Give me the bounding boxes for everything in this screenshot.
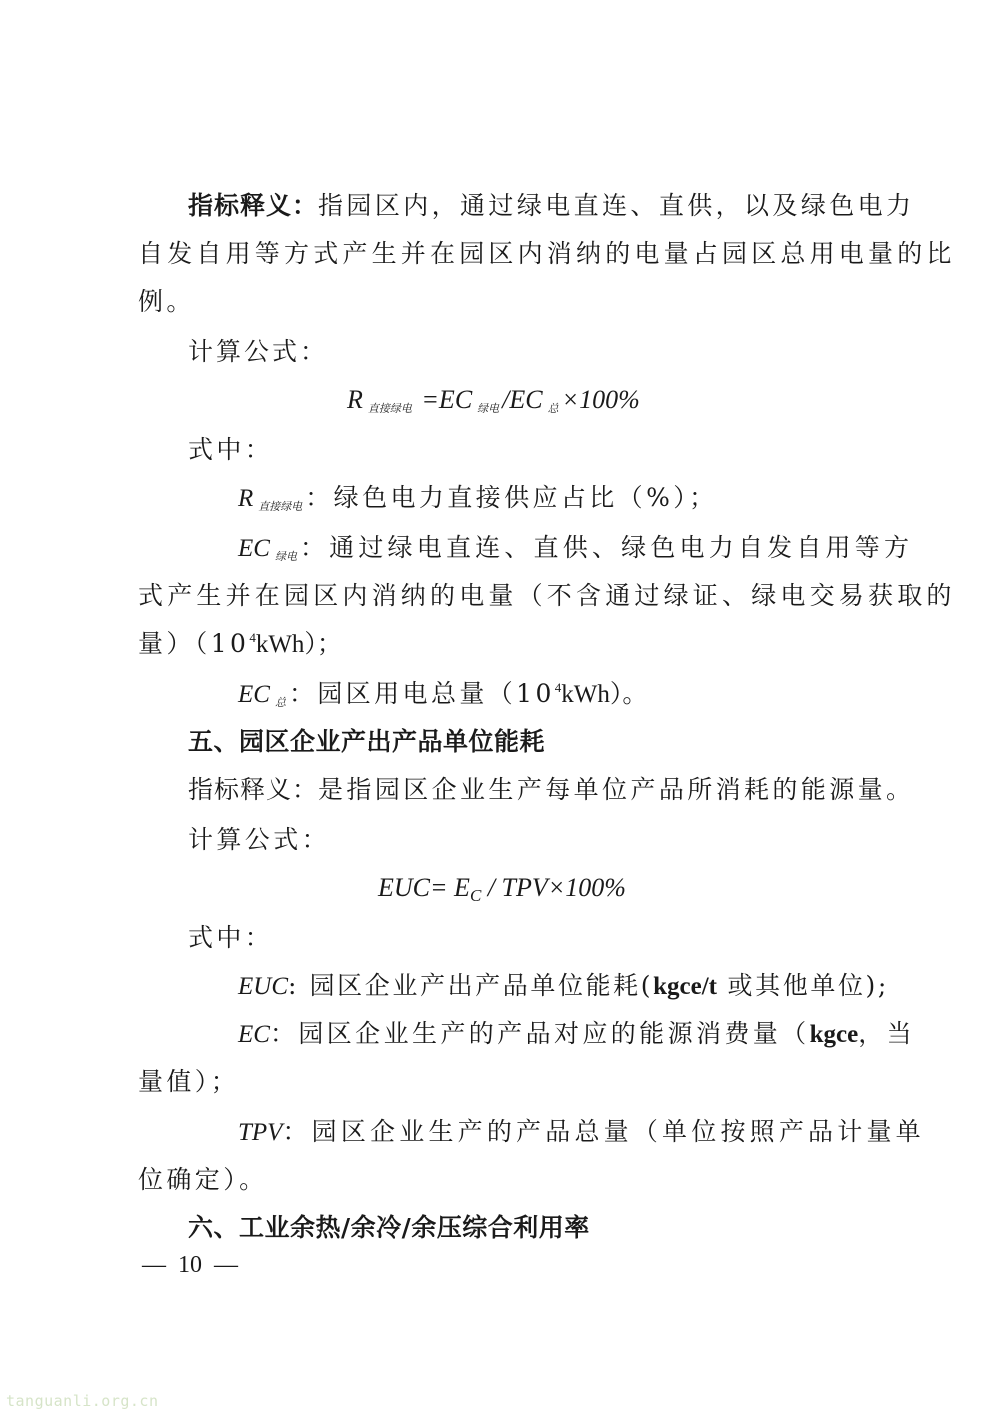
variable-ec-continuation: 量值）；	[138, 1066, 239, 1098]
formula-label: 计算公式：	[188, 336, 328, 368]
definition-line-2: 自发自用等方式产生并在园区内消纳的电量占园区总用电量的比	[138, 238, 956, 270]
formula-part: =EC	[415, 385, 472, 414]
definition-label: 指标释义：	[188, 775, 318, 804]
definition-text: 是指园区企业生产每单位产品所消耗的能源量。	[318, 775, 914, 804]
watermark: tanguanli.org.cn	[6, 1392, 159, 1410]
variable-text: ：绿色电力直接供应占比（%）；	[305, 483, 717, 512]
definition-line-1: 指标释义：指园区内，通过绿电直连、直供，以及绿色电力	[188, 190, 914, 222]
variable-symbol: EC	[238, 535, 270, 562]
variable-subscript: C	[253, 1021, 270, 1048]
section-5-formula-label: 计算公式：	[188, 824, 330, 856]
variable-text: 或其他单位);	[717, 971, 889, 1000]
variable-text: ：园区用电总量（10	[289, 679, 555, 708]
variable-ec-definition: EC：园区企业生产的产品对应的能源消费量（kgce，当	[238, 1018, 915, 1051]
unit-text: kgce	[810, 1021, 859, 1048]
euc-formula: EUC= EC / TPV×100%	[378, 872, 626, 912]
unit-text: 量）（10	[138, 629, 249, 658]
where-label: 式中：	[188, 434, 273, 466]
definition-label: 指标释义：	[188, 191, 318, 220]
section-6-heading: 六、工业余热/余冷/余压综合利用率	[188, 1212, 590, 1244]
variable-r-definition: R直接绿电：绿色电力直接供应占比（%）；	[238, 482, 718, 523]
variable-symbol: EUC	[238, 973, 288, 1000]
section-5-definition: 指标释义：是指园区企业生产每单位产品所消耗的能源量。	[188, 774, 914, 806]
formula-part: /EC	[502, 385, 542, 414]
section-5-where-label: 式中：	[188, 922, 273, 954]
definition-line-3: 例。	[138, 286, 195, 318]
variable-tpv-definition: TPV：园区企业生产的产品总量（单位按照产品计量单	[238, 1116, 925, 1149]
variable-symbol: EC	[238, 681, 270, 708]
variable-text: ，当	[858, 1019, 915, 1048]
variable-symbol: E	[238, 1021, 253, 1048]
variable-ec-green-definition: EC绿电：通过绿电直连、直供、绿色电力自发自用等方	[238, 532, 913, 573]
variable-symbol: TPV	[238, 1119, 282, 1146]
variable-euc-definition: EUC: 园区企业产出产品单位能耗(kgce/t 或其他单位);	[238, 970, 889, 1003]
unit-text: kgce/t	[653, 973, 717, 1000]
variable-text: ：园区企业生产的产品对应的能源消费量（	[270, 1019, 810, 1048]
variable-symbol: R	[238, 485, 253, 512]
document-page: 指标释义：指园区内，通过绿电直连、直供，以及绿色电力 自发自用等方式产生并在园区…	[0, 0, 1000, 1414]
variable-ec-total-definition: EC总：园区用电总量（104kWh）。	[238, 678, 647, 719]
variable-text: ：园区企业生产的产品总量（单位按照产品计量单	[282, 1117, 924, 1146]
variable-ec-green-unit: 量）（104kWh）；	[138, 628, 342, 661]
definition-text: 指园区内，通过绿电直连、直供，以及绿色电力	[318, 191, 914, 220]
formula-symbol-r: R	[347, 385, 363, 414]
formula-part: ×100%	[562, 385, 640, 414]
unit-text: kWh）；	[256, 631, 342, 658]
section-5-heading: 五、园区企业产出产品单位能耗	[188, 726, 545, 758]
formula-part: EUC= E	[378, 873, 470, 902]
green-power-formula: R直接绿电 =EC绿电/EC总×100%	[347, 384, 640, 425]
page-number: — 10 —	[142, 1252, 238, 1279]
formula-subscript: 直接绿电	[368, 403, 412, 415]
variable-tpv-continuation: 位确定）。	[138, 1164, 268, 1196]
formula-subscript: C	[470, 886, 481, 905]
variable-subscript: 直接绿电	[258, 501, 302, 513]
formula-subscript: 绿电	[477, 403, 499, 415]
variable-ec-green-continuation: 式产生并在园区内消纳的电量（不含通过绿证、绿电交易获取的	[138, 580, 956, 612]
variable-text: ：通过绿电直连、直供、绿色电力自发自用等方	[300, 533, 913, 562]
unit-text: kWh）。	[561, 681, 647, 708]
variable-text: : 园区企业产出产品单位能耗(	[288, 971, 653, 1000]
variable-subscript: 总	[275, 697, 286, 709]
variable-subscript: 绿电	[275, 551, 297, 563]
formula-part: / TPV×100%	[481, 873, 626, 902]
formula-subscript: 总	[548, 403, 559, 415]
